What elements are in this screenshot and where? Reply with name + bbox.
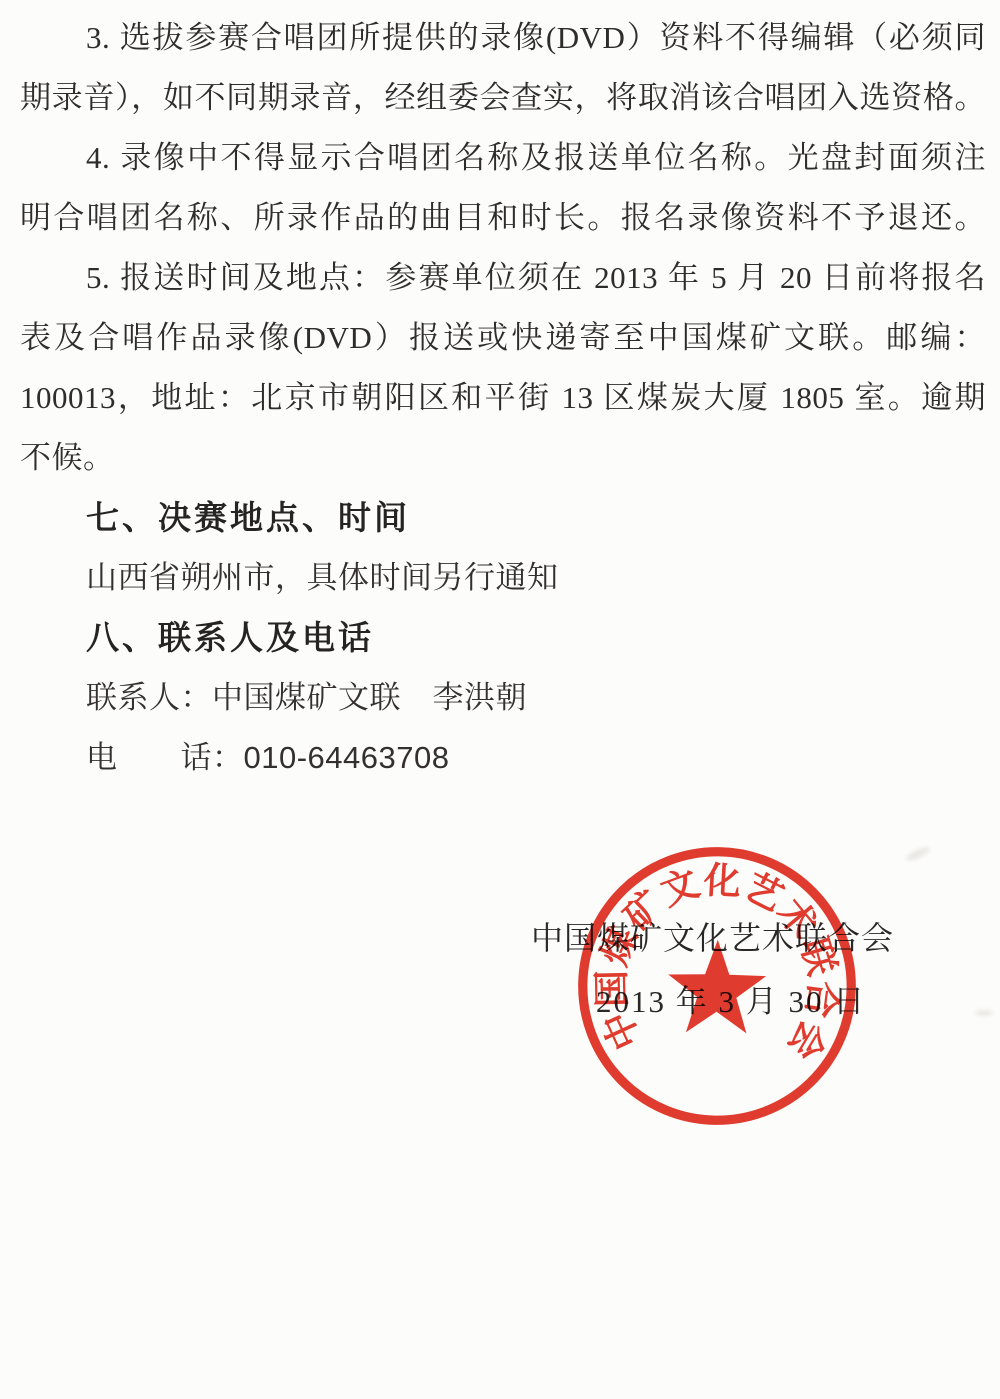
scan-artifact <box>905 845 932 863</box>
section-heading-7: 七、决赛地点、时间 <box>20 488 986 548</box>
seal-star-icon <box>667 939 767 1034</box>
contact-person-line: 联系人：中国煤矿文联 李洪朝 <box>20 668 986 728</box>
body-line-item3-2: 期录音），如不同期录音，经组委会查实，将取消该合唱团入选资格。 <box>20 68 986 128</box>
body-line-item4-1: 4. 录像中不得显示合唱团名称及报送单位名称。光盘封面须注 <box>20 128 986 188</box>
body-line-item3-1: 3. 选拔参赛合唱团所提供的录像(DVD）资料不得编辑（必须同 <box>20 8 986 68</box>
official-seal-stamp: 中国煤矿文化艺术联合会 <box>571 840 864 1133</box>
venue-line: 山西省朔州市，具体时间另行通知 <box>20 548 986 608</box>
body-line-item5-1: 5. 报送时间及地点：参赛单位须在 2013 年 5 月 20 日前将报名 <box>20 248 986 308</box>
scan-artifact <box>975 1010 993 1016</box>
body-line-item5-2: 表及合唱作品录像(DVD）报送或快递寄至中国煤矿文联。邮编： <box>20 308 986 368</box>
document-body: 3. 选拔参赛合唱团所提供的录像(DVD）资料不得编辑（必须同 期录音），如不同… <box>20 8 986 788</box>
contact-phone-line: 电 话：010-64463708 <box>20 728 986 788</box>
scanned-document-page: 3. 选拔参赛合唱团所提供的录像(DVD）资料不得编辑（必须同 期录音），如不同… <box>0 0 1000 1399</box>
section-heading-8: 八、联系人及电话 <box>20 608 986 668</box>
body-line-item5-3: 100013，地址：北京市朝阳区和平街 13 区煤炭大厦 1805 室。逾期 <box>20 368 986 428</box>
body-line-item5-4: 不候。 <box>20 428 986 488</box>
body-line-item4-2: 明合唱团名称、所录作品的曲目和时长。报名录像资料不予退还。 <box>20 188 986 248</box>
